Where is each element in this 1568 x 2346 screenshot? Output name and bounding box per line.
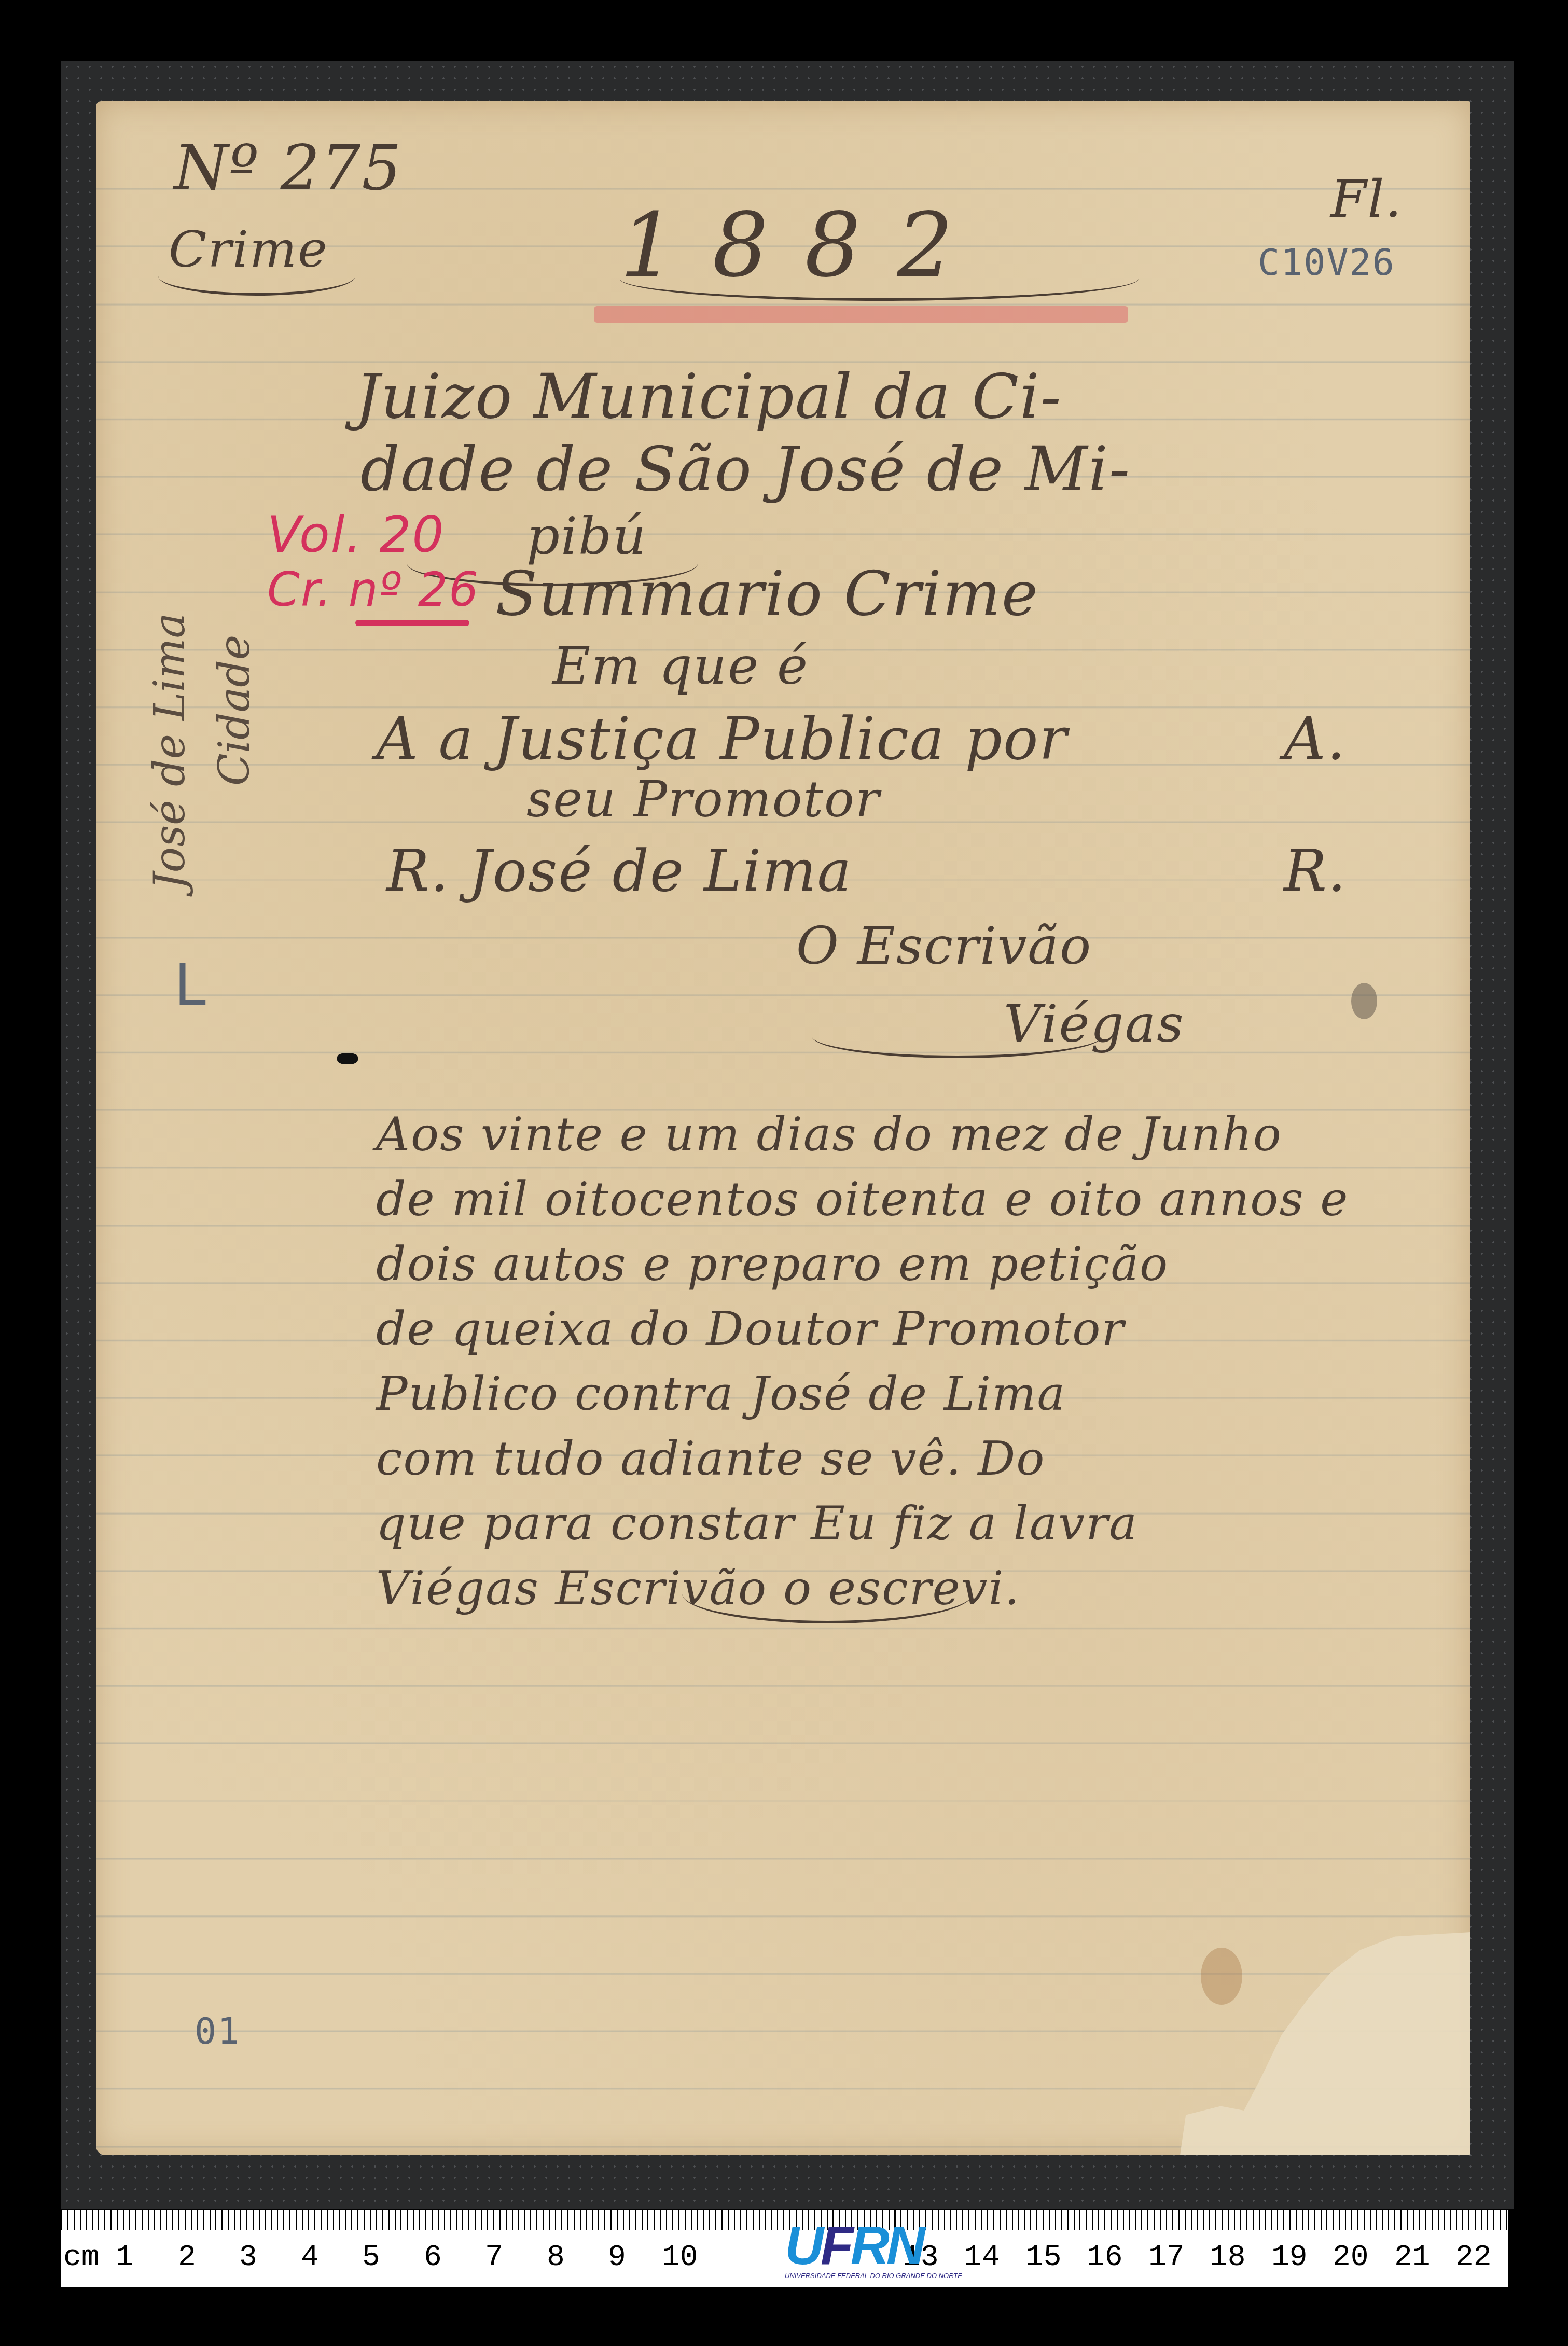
title-line-2: Em que é xyxy=(552,635,809,696)
red-underline xyxy=(355,620,469,626)
party-r: R. xyxy=(1284,838,1347,904)
ruler-label: 14 xyxy=(964,2241,1000,2274)
summary-title: Summario Crime xyxy=(495,558,1039,629)
ruler-label: 9 xyxy=(608,2241,626,2274)
flourish xyxy=(158,257,355,296)
archive-code: C10V26 xyxy=(1258,241,1395,284)
ruler-unit: cm xyxy=(63,2241,100,2274)
flourish xyxy=(620,257,1139,301)
ruler-label: 22 xyxy=(1455,2241,1492,2274)
body-line: de queixa do Doutor Promotor xyxy=(376,1302,1125,1356)
volume-annotation: Vol. 20 xyxy=(267,506,445,564)
body-line: com tudo adiante se vê. Do xyxy=(376,1432,1046,1486)
ufrn-logo: UFRN UNIVERSIDADE FEDERAL DO RIO GRANDE … xyxy=(785,2220,907,2282)
logo-u: U xyxy=(785,2216,821,2276)
ruler-label: 4 xyxy=(301,2241,319,2274)
body-line: de mil oitocentos oitenta e oito annos e xyxy=(376,1172,1349,1227)
scale-ruler: cm 1 2 3 4 5 6 7 8 9 10 13 14 15 16 17 1… xyxy=(61,2210,1508,2287)
title-line-3: A a Justiça Publica por xyxy=(376,705,1068,773)
logo-f: F xyxy=(821,2216,851,2276)
ruler-label: 2 xyxy=(178,2241,196,2274)
ruler-label: 17 xyxy=(1148,2241,1185,2274)
ruler-label: 23 xyxy=(1517,2241,1553,2274)
document-number: Nº 275 xyxy=(174,132,403,204)
paper-hole xyxy=(337,1053,358,1064)
stain xyxy=(1201,1948,1242,2005)
margin-name: José de Lima xyxy=(145,464,195,890)
ruler-label: 7 xyxy=(485,2241,503,2274)
ruler-label: 10 xyxy=(662,2241,698,2274)
logo-subtitle: UNIVERSIDADE FEDERAL DO RIO GRANDE DO NO… xyxy=(785,2272,907,2280)
logo-wordmark: UFRN xyxy=(785,2220,907,2272)
party-a: A. xyxy=(1284,705,1346,773)
logo-rn: RN xyxy=(851,2216,922,2276)
court-line-2: dade de São José de Mi- xyxy=(360,433,1131,505)
title-line-4: seu Promotor xyxy=(526,770,880,828)
court-line-1: Juizo Municipal da Ci- xyxy=(355,360,1062,432)
ink-blot xyxy=(1351,983,1377,1019)
flourish xyxy=(812,1014,1102,1058)
red-underline xyxy=(594,306,1128,323)
case-number-annotation: Cr. nº 26 xyxy=(267,563,479,617)
manuscript-page: Nº 275 Crime 1882 Fl. C10V26 Juizo Munic… xyxy=(96,101,1470,2155)
flourish xyxy=(682,1564,973,1623)
ruler-label: 5 xyxy=(362,2241,380,2274)
folio-mark: Fl. xyxy=(1330,169,1403,229)
pencil-mark: L xyxy=(174,952,209,1018)
ruler-label: 19 xyxy=(1271,2241,1308,2274)
ruler-label: 20 xyxy=(1333,2241,1369,2274)
margin-city: Cidade xyxy=(210,526,259,786)
ruler-label: 16 xyxy=(1087,2241,1123,2274)
ruler-label: 8 xyxy=(547,2241,565,2274)
ruler-label: 21 xyxy=(1394,2241,1431,2274)
ruler-label: 1 xyxy=(116,2241,134,2274)
page-number: 01 xyxy=(195,2010,240,2052)
defendant-line: R. José de Lima xyxy=(386,838,852,904)
clerk-title: O Escrivão xyxy=(796,915,1092,976)
ruler-label: 6 xyxy=(424,2241,442,2274)
ruler-label: 3 xyxy=(239,2241,257,2274)
ruler-label: 15 xyxy=(1025,2241,1062,2274)
body-line: Aos vinte e um dias do mez de Junho xyxy=(376,1107,1282,1162)
ruler-label: 18 xyxy=(1210,2241,1246,2274)
body-line: dois autos e preparo em petição xyxy=(376,1237,1169,1292)
body-line: Publico contra José de Lima xyxy=(376,1367,1066,1421)
body-line: que para constar Eu fiz a lavra xyxy=(376,1496,1138,1551)
